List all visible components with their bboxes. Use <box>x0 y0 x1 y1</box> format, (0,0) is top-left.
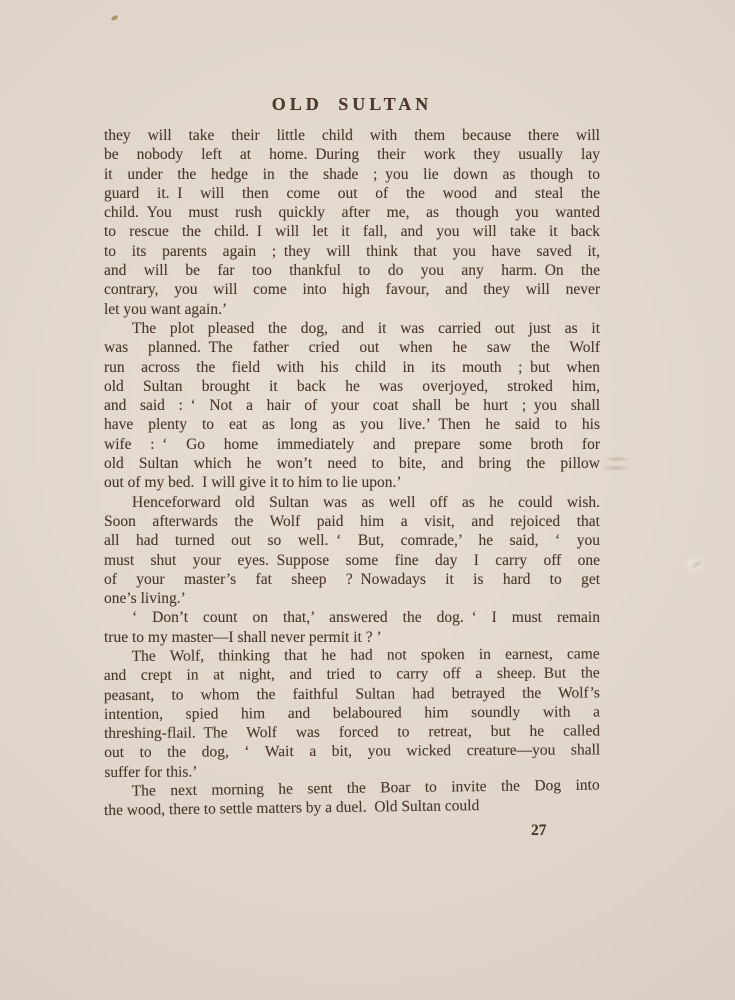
text-line: must shut your eyes. Suppose some fine d… <box>104 551 600 570</box>
text-line: threshing-flail. The Wolf was forced to … <box>104 722 600 744</box>
page-title: OLD SULTAN <box>104 94 600 115</box>
text-line: The Wolf, thinking that he had not spoke… <box>104 644 600 666</box>
text-line: old Sultan which he won’t need to bite, … <box>104 454 600 473</box>
page-number: 27 <box>531 822 547 840</box>
text-line: they will take their little child with t… <box>104 126 600 145</box>
text-line: contrary, you will come into high favour… <box>104 280 600 299</box>
text-line: of your master’s fat sheep ? Nowadays it… <box>104 570 600 589</box>
text-line: and will be far too thankful to do you a… <box>104 261 600 280</box>
text-line: all had turned out so well. ‘ But, comra… <box>104 531 600 550</box>
text-line: and crept in at night, and tried to carr… <box>104 664 600 686</box>
text-line: guard it. I will then come out of the wo… <box>104 184 600 203</box>
paragraph: The next morning he sent the Boar to inv… <box>104 776 600 821</box>
text-line: The plot pleased the dog, and it was car… <box>104 319 600 338</box>
text-line: have plenty to eat as long as you live.’… <box>104 415 600 434</box>
paragraph: The plot pleased the dog, and it was car… <box>104 319 600 493</box>
paragraph: they will take their little child with t… <box>104 126 600 319</box>
text-line: was planned. The father cried out when h… <box>104 338 600 357</box>
text-line: it under the hedge in the shade ; you li… <box>104 165 600 184</box>
text-line: intention, spied him and belaboured him … <box>104 702 600 724</box>
paper-speck <box>110 15 118 22</box>
paper-smudge <box>681 551 709 578</box>
text-line: out of my bed. I will give it to him to … <box>104 473 600 492</box>
text-line: ‘ Don’t count on that,’ answered the dog… <box>104 608 600 627</box>
text-line: Soon afterwards the Wolf paid him a visi… <box>104 512 600 531</box>
text-line: to its parents again ; they will think t… <box>104 242 600 261</box>
text-line: out to the dog, ‘ Wait a bit, you wicked… <box>104 741 600 763</box>
text-line: wife : ‘ Go home immediately and prepare… <box>104 435 600 454</box>
text-line: Henceforward old Sultan was as well off … <box>104 493 600 512</box>
paragraph: Henceforward old Sultan was as well off … <box>104 493 600 609</box>
text-line: let you want again.’ <box>104 300 600 319</box>
book-page: OLD SULTAN they will take their little c… <box>0 0 735 1000</box>
text-line: run across the field with his child in i… <box>104 358 600 377</box>
text-line: peasant, to whom the faithful Sultan had… <box>104 683 600 705</box>
paper-smudge <box>601 453 633 473</box>
text-line: one’s living.’ <box>104 589 600 608</box>
text-line: to rescue the child. I will let it fall,… <box>104 222 600 241</box>
paragraph: ‘ Don’t count on that,’ answered the dog… <box>104 608 600 647</box>
paragraph: The Wolf, thinking that he had not spoke… <box>104 644 601 782</box>
text-line: child. You must rush quickly after me, a… <box>104 203 600 222</box>
text-line: old Sultan brought it back he was overjo… <box>104 377 600 396</box>
text-line: and said : ‘ Not a hair of your coat sha… <box>104 396 600 415</box>
text-line: be nobody left at home. During their wor… <box>104 145 600 164</box>
page-body: they will take their little child with t… <box>104 126 600 821</box>
